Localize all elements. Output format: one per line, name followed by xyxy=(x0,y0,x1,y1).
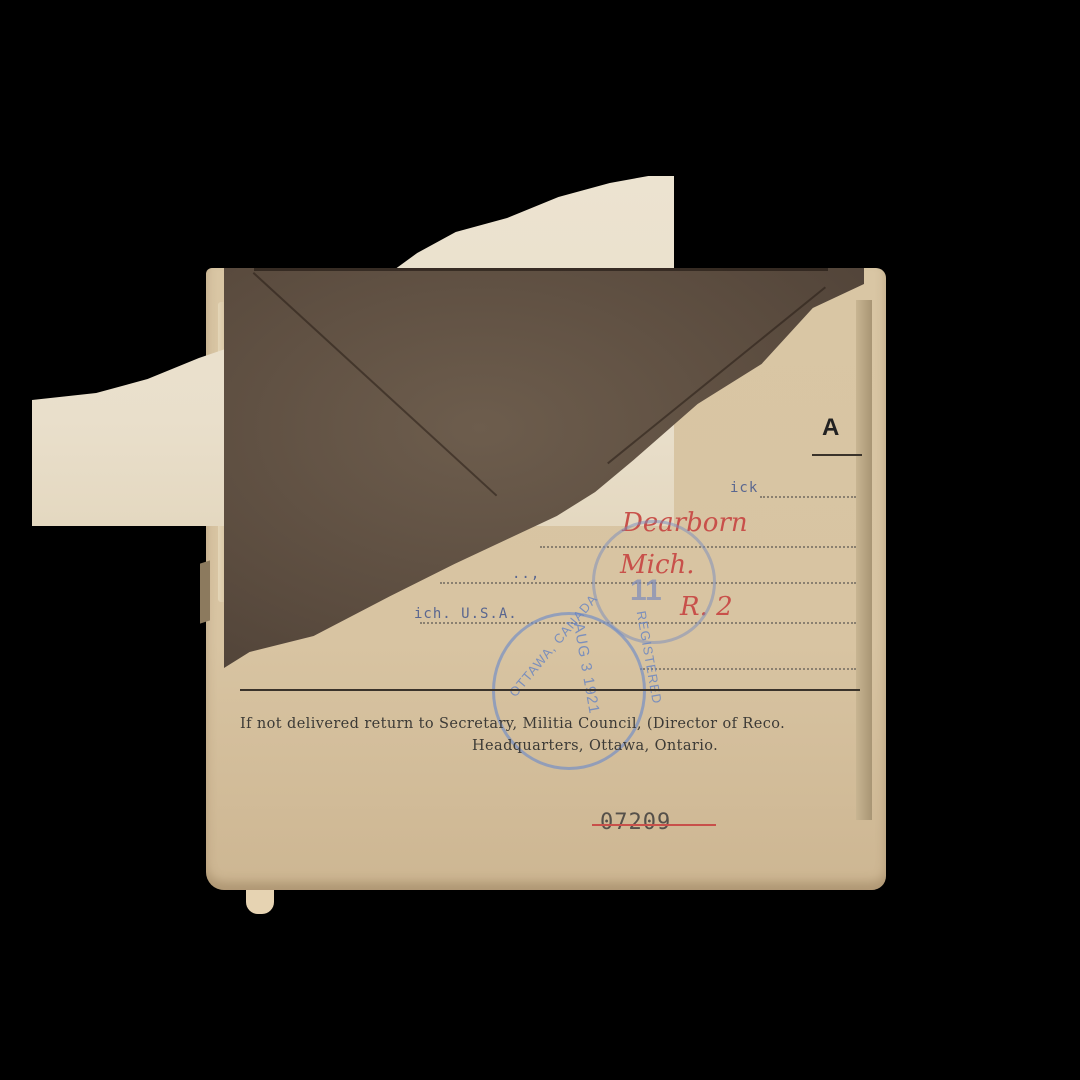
box-right-edge xyxy=(856,300,872,820)
typed-country: ich. U.S.A. xyxy=(414,606,518,622)
photo-scene: A ick .., ich. U.S.A. Dearborn Mich. R. … xyxy=(0,0,1080,1080)
typed-address-fragment: .., xyxy=(512,566,540,582)
label-heading-fragment: A xyxy=(822,414,839,442)
serial-number: 07209 xyxy=(600,810,671,835)
label-divider xyxy=(240,689,860,691)
box-foot xyxy=(246,890,274,914)
return-address-line-2: Headquarters, Ottawa, Ontario. xyxy=(472,738,718,754)
box-left-tab xyxy=(200,560,210,623)
address-line-5 xyxy=(640,668,856,670)
typed-name-fragment: ick xyxy=(730,480,758,496)
serial-strikethrough xyxy=(592,824,716,826)
return-address-line-1: If not delivered return to Secretary, Mi… xyxy=(240,716,785,732)
secondary-postmark-number: 11 xyxy=(630,574,664,614)
mailing-label xyxy=(32,176,674,526)
address-line-1 xyxy=(760,496,856,498)
label-top-rule xyxy=(812,454,862,456)
